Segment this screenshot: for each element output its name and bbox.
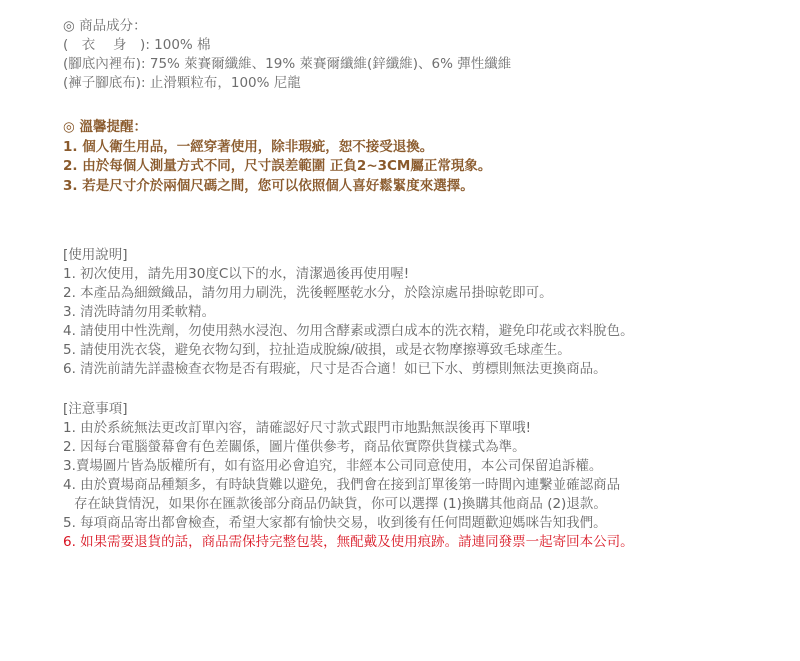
reminder-item: 1. 個人衛生用品，一經穿著使用，除非瑕疵，恕不接受退換。 bbox=[63, 138, 491, 158]
notice-item: 4. 由於賣場商品種類多，有時缺貨難以避免，我們會在接到訂單後第一時間內連繫並確… bbox=[63, 476, 634, 495]
reminder-item: 2. 由於每個人測量方式不同，尺寸誤差範圍 正負2~3CM屬正常現象。 bbox=[63, 157, 491, 177]
usage-item: 4. 請使用中性洗劑，勿使用熱水浸泡、勿用含酵素或漂白成本的洗衣精，避免印花或衣… bbox=[63, 322, 634, 341]
notice-item: 3.賣場圖片皆為版權所有，如有盜用必會追究，非經本公司同意使用，本公司保留追訴權… bbox=[63, 457, 634, 476]
material-line-body: ( 衣 身 ): 100% 棉 bbox=[63, 36, 511, 55]
reminder-item: 3. 若是尺寸介於兩個尺碼之間，您可以依照個人喜好鬆緊度來選擇。 bbox=[63, 177, 491, 197]
material-section: ◎ 商品成分： ( 衣 身 ): 100% 棉 (腳底內裡布): 75% 萊賽爾… bbox=[63, 17, 511, 93]
usage-item: 1. 初次使用，請先用30度C以下的水，清潔過後再使用喔! bbox=[63, 265, 634, 284]
notice-section: [注意事項] 1. 由於系統無法更改訂單內容，請確認好尺寸款式跟門市地點無誤後再… bbox=[63, 400, 634, 552]
notice-item: 5. 每項商品寄出都會檢查，希望大家都有愉快交易，收到後有任何問題歡迎媽咪告知我… bbox=[63, 514, 634, 533]
notice-heading: [注意事項] bbox=[63, 400, 634, 419]
material-heading: ◎ 商品成分： bbox=[63, 17, 511, 36]
notice-item-continuation: 存在缺貨情況，如果你在匯款後部分商品仍缺貨，你可以選擇 (1)換購其他商品 (2… bbox=[63, 495, 634, 514]
usage-item: 2. 本產品為細緻織品，請勿用力刷洗，洗後輕壓乾水分，於陰涼處吊掛晾乾即可。 bbox=[63, 284, 634, 303]
usage-heading: [使用說明] bbox=[63, 246, 634, 265]
reminder-section: ◎ 溫馨提醒： 1. 個人衛生用品，一經穿著使用，除非瑕疵，恕不接受退換。 2.… bbox=[63, 118, 491, 196]
usage-instructions-section: [使用說明] 1. 初次使用，請先用30度C以下的水，清潔過後再使用喔! 2. … bbox=[63, 246, 634, 379]
notice-item: 2. 因每台電腦螢幕會有色差關係，圖片僅供參考，商品依實際供貨樣式為準。 bbox=[63, 438, 634, 457]
usage-item: 5. 請使用洗衣袋，避免衣物勾到，拉扯造成脫線/破損，或是衣物摩擦導致毛球產生。 bbox=[63, 341, 634, 360]
usage-item: 6. 清洗前請先詳盡檢查衣物是否有瑕疵，尺寸是否合適！如已下水、剪標則無法更換商… bbox=[63, 360, 634, 379]
material-line-sole-lining: (腳底內裡布): 75% 萊賽爾纖維、19% 萊賽爾纖維(鋅纖維)、6% 彈性纖… bbox=[63, 55, 511, 74]
reminder-heading: ◎ 溫馨提醒： bbox=[63, 118, 491, 138]
notice-item-return-policy: 6. 如果需要退貨的話，商品需保持完整包裝，無配戴及使用痕跡。請連同發票一起寄回… bbox=[63, 533, 634, 552]
notice-item: 1. 由於系統無法更改訂單內容，請確認好尺寸款式跟門市地點無誤後再下單哦! bbox=[63, 419, 634, 438]
usage-item: 3. 清洗時請勿用柔軟精。 bbox=[63, 303, 634, 322]
material-line-pants-sole: (褲子腳底布): 止滑顆粒布，100% 尼龍 bbox=[63, 74, 511, 93]
